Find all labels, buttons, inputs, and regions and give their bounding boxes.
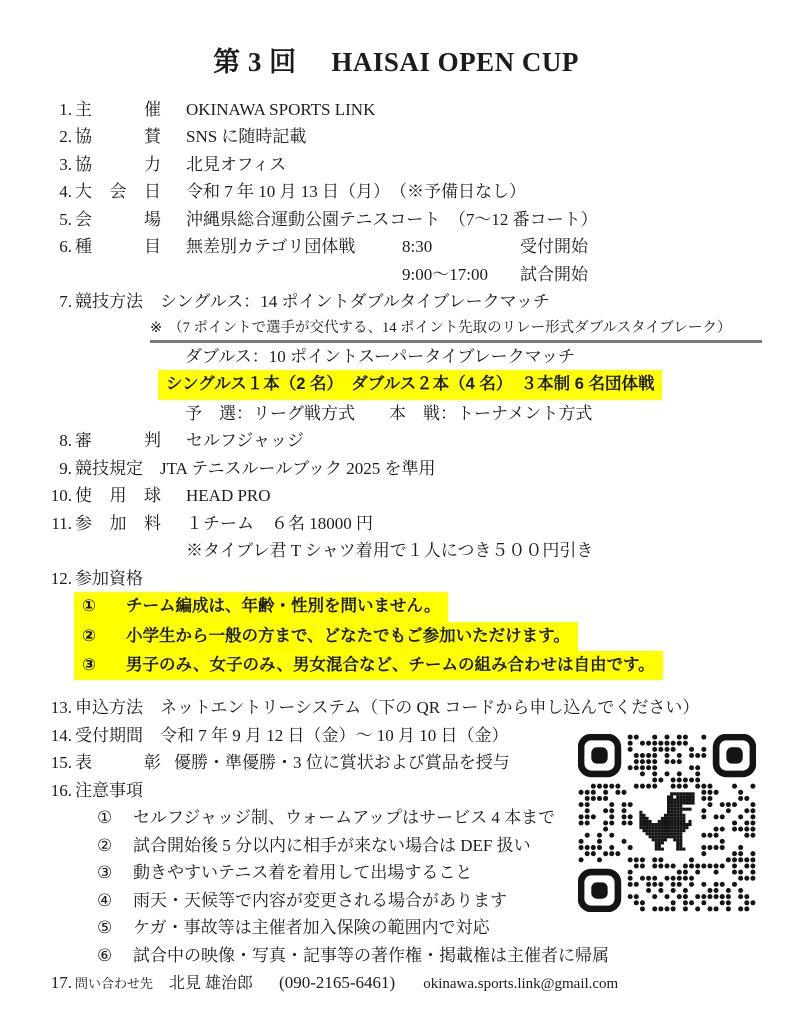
list-item-venue: 5. 会場 沖縄県総合運動公園テニスコート （7～12 番コート） (38, 206, 776, 233)
item-number: 1. (38, 96, 72, 123)
eligibility-text: 小学生から一般の方まで、どなたでもご参加いただけます。 (126, 627, 570, 645)
circled-number: ③ (97, 859, 123, 886)
item-label: 注意事項 (75, 777, 143, 804)
eligibility-highlight: ②小学生から一般の方まで、どなたでもご参加いただけます。 (74, 622, 578, 651)
list-item-date: 4. 大会日 令和 7 年 10 月 13 日（月） （※予備日なし） (38, 178, 776, 205)
item-label: 競技規定 (75, 455, 143, 482)
item-label: 大会日 (75, 178, 161, 205)
item-value: 無差別カテゴリ団体戦8:30受付開始 (186, 233, 588, 260)
item-label: 会場 (75, 206, 161, 233)
circled-number: ⑥ (97, 942, 123, 969)
item-value: HEAD PRO (186, 482, 271, 509)
item-value: ネットエントリーシステム（下の QR コードから申し込んでください） (160, 694, 699, 721)
list-item-fee: 11. 参加料 １チーム ６名 18000 円 (38, 510, 776, 537)
item-number: 11. (38, 510, 72, 537)
item-value: SNS に随時記載 (186, 123, 306, 150)
item-value: セルフジャッジ (186, 427, 304, 454)
list-item-event: 6. 種目 無差別カテゴリ団体戦8:30受付開始 (38, 233, 776, 260)
list-item-method: 7. 競技方法 シングルス：14 ポイントダブルタイブレークマッチ (38, 288, 776, 315)
method-note-text: （7 ポイントで選手が交代する、14 ポイント先取のリレー形式ダブルスタイブレー… (168, 320, 731, 336)
reference-mark: ※ (150, 320, 162, 336)
item-value: 優勝・準優勝・3 位に賞状および賞品を授与 (174, 749, 510, 776)
item-number: 4. (38, 178, 72, 205)
contact-name: 北見 雄治郎 (169, 970, 253, 997)
draw-format-row: 予 選：リーグ戦方式 本 戦：トーナメント方式 (38, 400, 776, 427)
caution-text: ケガ・事故等は主催者加入保険の範囲内で対応 (133, 914, 490, 941)
list-item-cooperation: 3. 協力 北見オフィス (38, 151, 776, 178)
contact-email: okinawa.sports.link@gmail.com (423, 971, 618, 998)
doubles-rule: ダブルス：10 ポイントスーパータイブレークマッチ (185, 347, 575, 366)
item-number: 17. (38, 969, 72, 996)
item-number: 13. (38, 694, 72, 721)
singles-rule: シングルス：14 ポイントダブルタイブレークマッチ (160, 288, 550, 315)
fee-discount-note: ※タイブレ君 T シャツ着用で１人につき５００円引き (38, 537, 776, 564)
caution-text: 試合中の映像・写真・記事等の著作権・掲載権は主催者に帰属 (133, 942, 609, 969)
item-number: 9. (38, 455, 72, 482)
item-number: 16. (38, 777, 72, 804)
list-item-sponsor: 2. 協賛 SNS に随時記載 (38, 123, 776, 150)
item-value: 沖縄県総合運動公園テニスコート （7～12 番コート） (186, 206, 598, 233)
team-format-highlight: シングルス１本（2 名） ダブルス２本（4 名） ３本制 6 名団体戦 (158, 370, 662, 399)
item-number: 15. (38, 749, 72, 776)
item-label: 申込方法 (75, 694, 143, 721)
method-note-row: ※（7 ポイントで選手が交代する、14 ポイント先取のリレー形式ダブルスタイブレ… (38, 316, 776, 343)
eligibility-text: チーム編成は、年齢・性別を問いません。 (126, 597, 441, 615)
item-label: 問い合わせ先 (75, 970, 153, 997)
list-item-umpire: 8. 審判 セルフジャッジ (38, 427, 776, 454)
item-number: 5. (38, 206, 72, 233)
item-label: 審判 (75, 427, 161, 454)
item-number: 3. (38, 151, 72, 178)
item-label: 主催 (75, 96, 161, 123)
event-times-row: 9:00～17:00試合開始 (38, 261, 776, 288)
fee-discount-text: ※タイブレ君 T シャツ着用で１人につき５００円引き (186, 541, 593, 560)
reception-time: 8:30 (402, 233, 520, 260)
eligibility-item: ②小学生から一般の方まで、どなたでもご参加いただけます。 (38, 622, 776, 651)
item-label: 競技方法 (75, 288, 143, 315)
caution-text: 動きやすいテニス着を着用して出場すること (133, 859, 472, 886)
match-time: 9:00～17:00 (402, 261, 520, 288)
item-value: OKINAWA SPORTS LINK (186, 96, 375, 123)
event-name: 無差別カテゴリ団体戦 (186, 233, 402, 260)
circled-number: ⑤ (97, 914, 123, 941)
item-number: 14. (38, 722, 72, 749)
item-label: 表彰 (75, 749, 161, 776)
qr-code (578, 734, 756, 912)
circled-number: ① (82, 593, 96, 620)
item-number: 2. (38, 123, 72, 150)
item-label: 参加資格 (75, 565, 143, 592)
item-label: 種目 (75, 233, 161, 260)
item-value: 令和 7 年 10 月 13 日（月） （※予備日なし） (186, 178, 526, 205)
eligibility-item: ③男子のみ、女子のみ、男女混合など、チームの組み合わせは自由です。 (38, 651, 776, 680)
item-value: 令和 7 年 9 月 12 日（金）～ 10 月 10 日（金） (160, 722, 509, 749)
page-title: 第 3 回 HAISAI OPEN CUP (0, 40, 792, 79)
item-number: 6. (38, 233, 72, 260)
circled-number: ② (97, 832, 123, 859)
item-value: 北見オフィス (186, 151, 286, 178)
list-item-contact: 17. 問い合わせ先 北見 雄治郎 (090-2165-6461) okinaw… (38, 969, 776, 998)
item-label: 協力 (75, 151, 161, 178)
match-label: 試合開始 (520, 265, 588, 284)
item-number: 7. (38, 288, 72, 315)
eligibility-highlight: ③男子のみ、女子のみ、男女混合など、チームの組み合わせは自由です。 (74, 651, 663, 680)
flyer-page: 第 3 回 HAISAI OPEN CUP 1. 主催 OKINAWA SPOR… (0, 0, 792, 1024)
draw-format: 予 選：リーグ戦方式 本 戦：トーナメント方式 (185, 404, 592, 423)
circled-number: ① (97, 804, 123, 831)
caution-text: セルフジャッジ制、ウォームアップはサービス 4 本まで (133, 804, 555, 831)
caution-item: ⑥試合中の映像・写真・記事等の著作権・掲載権は主催者に帰属 (38, 942, 776, 969)
item-value: JTA テニスルールブック 2025 を準用 (160, 455, 436, 482)
circled-number: ③ (82, 652, 96, 679)
caution-text: 雨天・天候等で内容が変更される場合があります (133, 887, 507, 914)
item-label: 協賛 (75, 123, 161, 150)
circled-number: ② (82, 623, 96, 650)
method-note: ※（7 ポイントで選手が交代する、14 ポイント先取のリレー形式ダブルスタイブレ… (150, 316, 762, 343)
item-label: 受付期間 (75, 722, 143, 749)
eligibility-highlight: ①チーム編成は、年齢・性別を問いません。 (74, 592, 448, 621)
list-item-balls: 10. 使用球 HEAD PRO (38, 482, 776, 509)
circled-number: ④ (97, 887, 123, 914)
caution-text: 試合開始後 5 分以内に相手が来ない場合は DEF 扱い (133, 832, 531, 859)
eligibility-text: 男子のみ、女子のみ、男女混合など、チームの組み合わせは自由です。 (126, 656, 655, 674)
list-item-eligibility: 12. 参加資格 (38, 565, 776, 592)
list-item-entry: 13. 申込方法 ネットエントリーシステム（下の QR コードから申し込んでくだ… (38, 694, 776, 721)
item-label: 使用球 (75, 482, 161, 509)
item-number: 8. (38, 427, 72, 454)
doubles-rule-row: ダブルス：10 ポイントスーパータイブレークマッチ (38, 343, 776, 370)
item-number: 10. (38, 482, 72, 509)
contact-phone: (090-2165-6461) (279, 969, 395, 996)
list-item-host: 1. 主催 OKINAWA SPORTS LINK (38, 96, 776, 123)
team-format-row: シングルス１本（2 名） ダブルス２本（4 名） ３本制 6 名団体戦 (38, 370, 776, 399)
reception-label: 受付開始 (520, 237, 588, 256)
eligibility-item: ①チーム編成は、年齢・性別を問いません。 (38, 592, 776, 621)
item-value: １チーム ６名 18000 円 (186, 510, 373, 537)
item-label: 参加料 (75, 510, 161, 537)
list-item-rules: 9. 競技規定 JTA テニスルールブック 2025 を準用 (38, 455, 776, 482)
caution-item: ⑤ケガ・事故等は主催者加入保険の範囲内で対応 (38, 914, 776, 941)
item-number: 12. (38, 565, 72, 592)
